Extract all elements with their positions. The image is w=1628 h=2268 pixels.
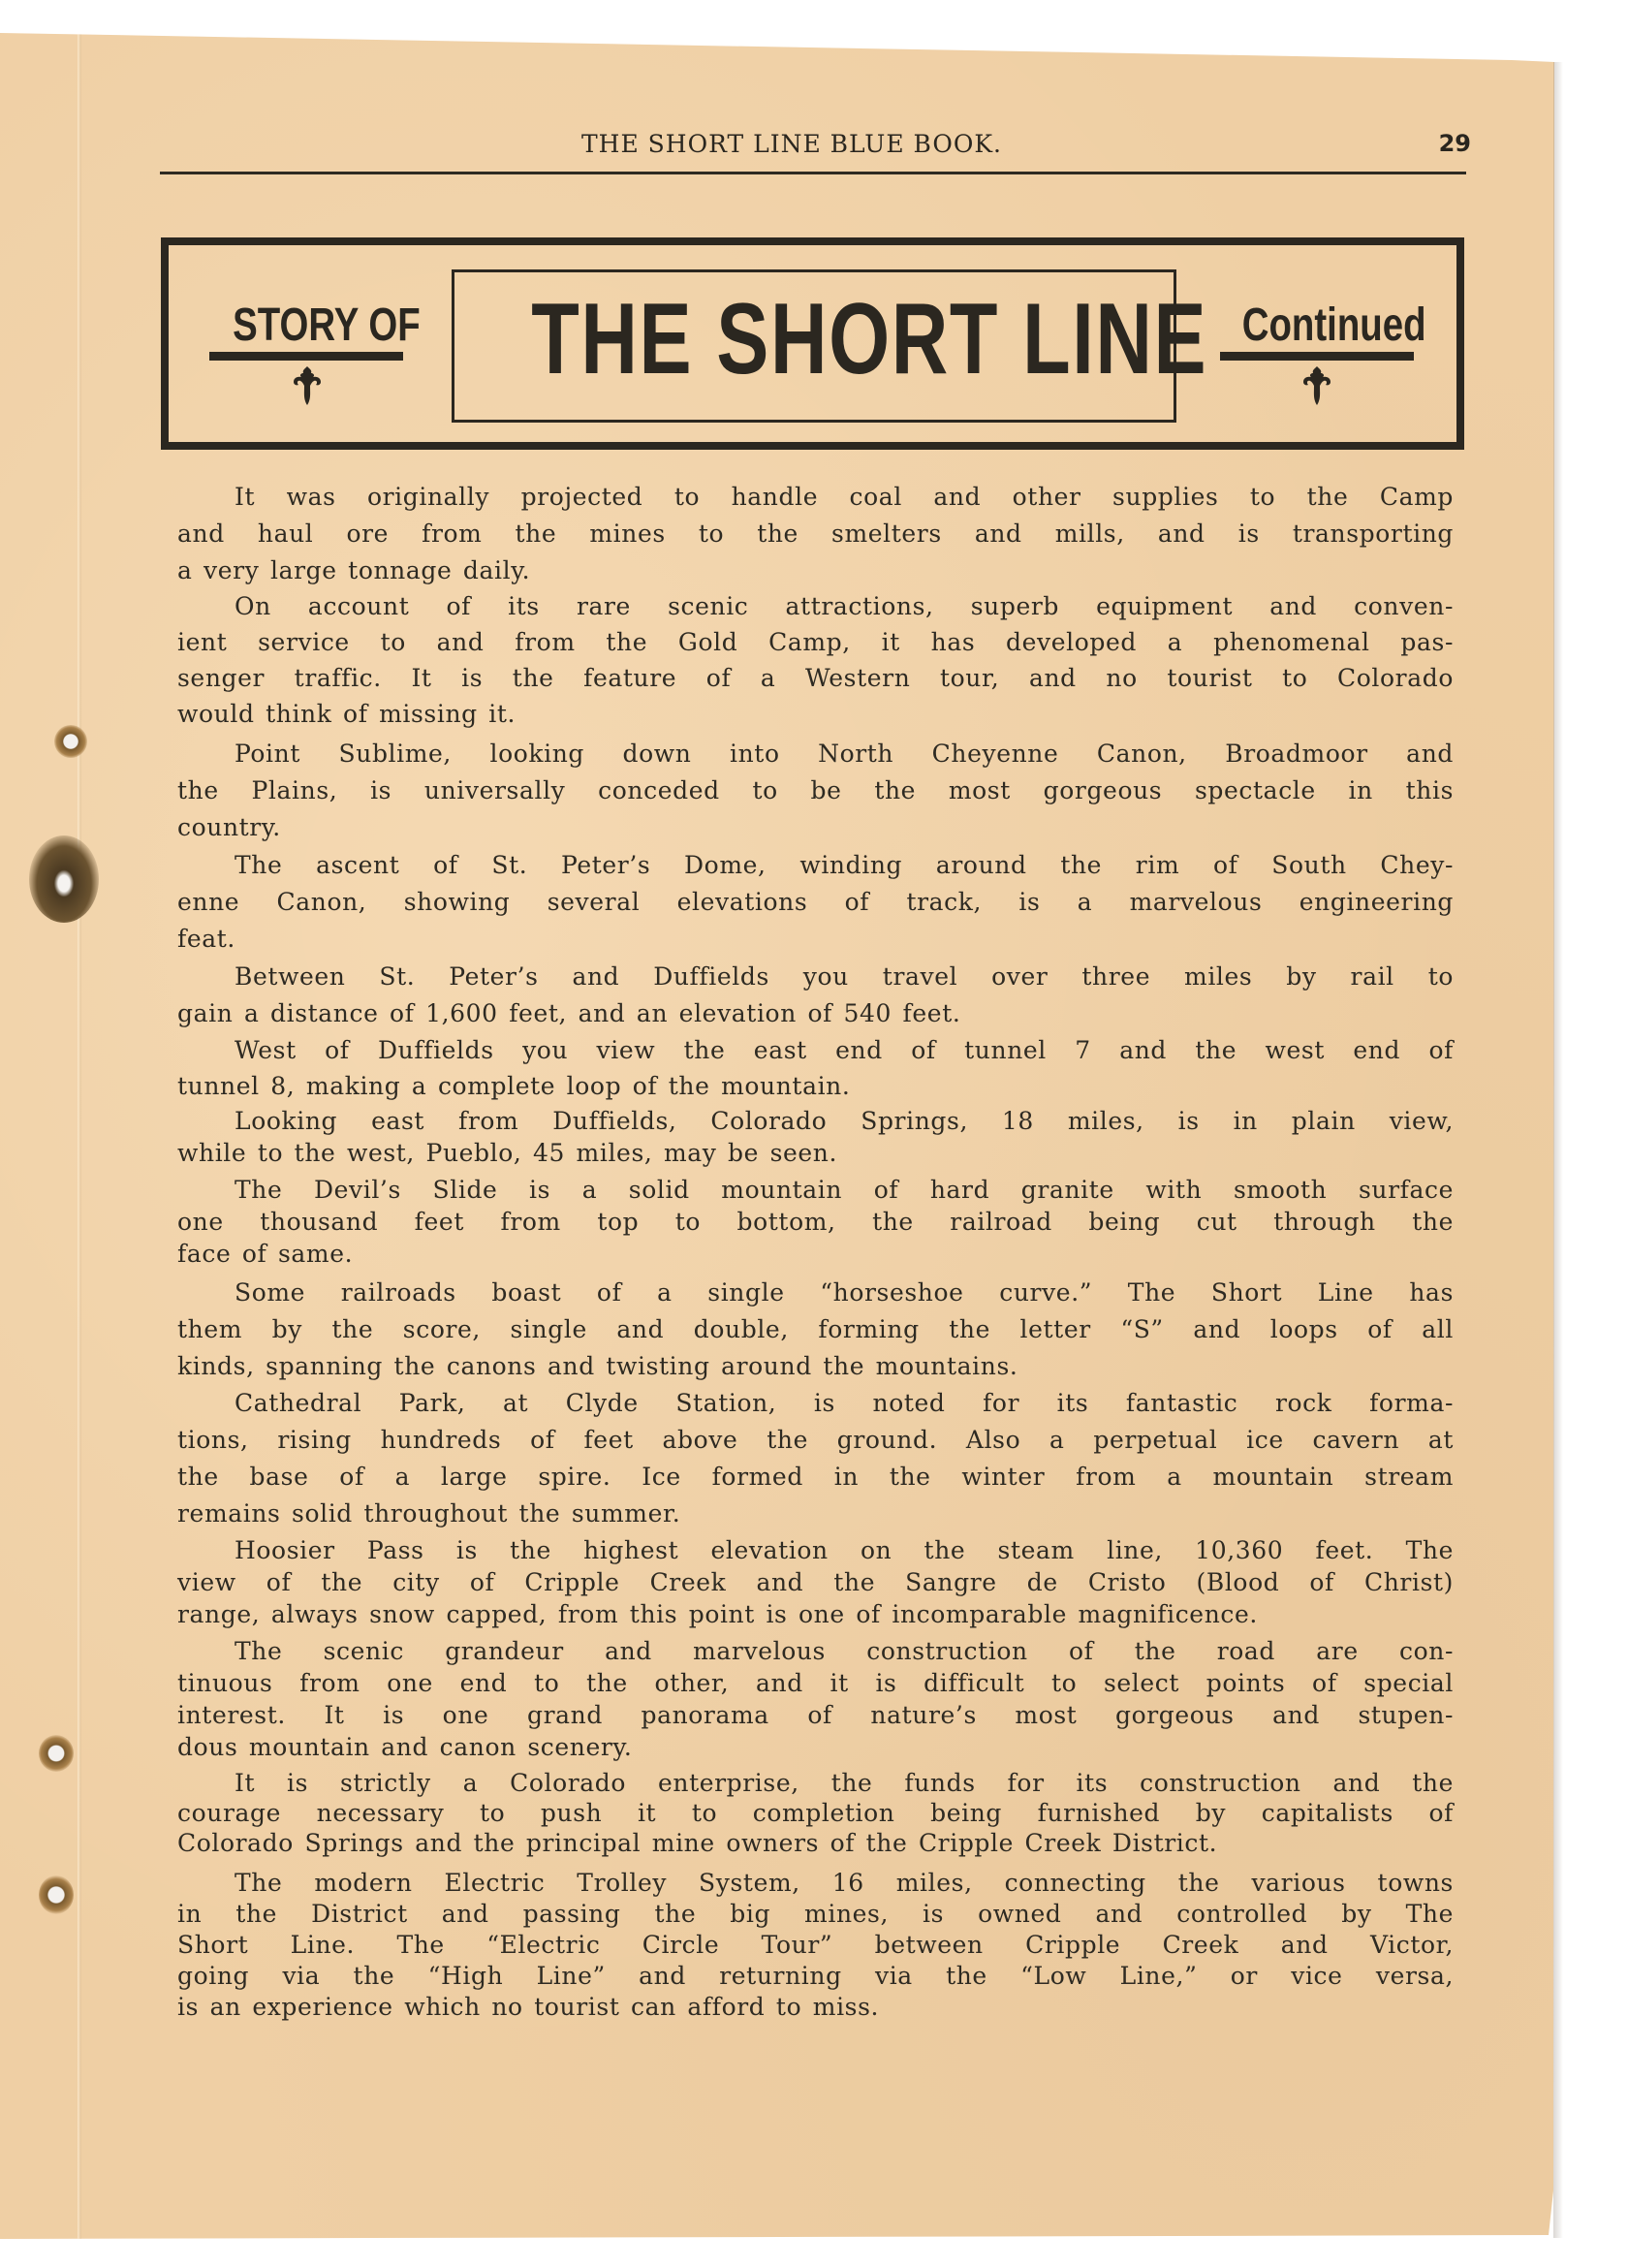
paragraph: Some railroads boast of a single “horses… bbox=[177, 1275, 1454, 1385]
header-rule bbox=[160, 172, 1466, 174]
binding-hole-icon bbox=[39, 1735, 74, 1772]
text-line: courage necessary to push it to completi… bbox=[177, 1798, 1454, 1828]
page-edge-shadow bbox=[1553, 62, 1563, 2238]
binding-hole-icon bbox=[54, 725, 87, 758]
text-line: Cathedral Park, at Clyde Station, is not… bbox=[177, 1385, 1454, 1422]
fleur-de-lis-icon bbox=[1298, 364, 1336, 407]
text-line: senger traffic. It is the feature of a W… bbox=[177, 660, 1454, 696]
paragraph: It is strictly a Colorado enterprise, th… bbox=[177, 1768, 1454, 1858]
text-line: The modern Electric Trolley System, 16 m… bbox=[177, 1868, 1454, 1899]
left-label-rule bbox=[209, 352, 403, 361]
paragraph: The scenic grandeur and marvelous constr… bbox=[177, 1635, 1454, 1763]
page-number: 29 bbox=[1432, 130, 1471, 157]
text-line: tions, rising hundreds of feet above the… bbox=[177, 1422, 1454, 1459]
text-line: Some railroads boast of a single “horses… bbox=[177, 1275, 1454, 1311]
left-label: STORY OF bbox=[209, 302, 403, 349]
paragraph: Cathedral Park, at Clyde Station, is not… bbox=[177, 1385, 1454, 1532]
main-title: THE SHORT LINE bbox=[531, 289, 1096, 390]
text-line: ient service to and from the Gold Camp, … bbox=[177, 624, 1454, 660]
text-line: tunnel 8, making a complete loop of the … bbox=[177, 1068, 1454, 1104]
left-label-text: STORY OF bbox=[233, 302, 420, 349]
text-line: It is strictly a Colorado enterprise, th… bbox=[177, 1768, 1454, 1798]
text-line: The ascent of St. Peter’s Dome, winding … bbox=[177, 847, 1454, 884]
text-line: The scenic grandeur and marvelous constr… bbox=[177, 1635, 1454, 1667]
text-line: country. bbox=[177, 809, 1454, 846]
text-line: kinds, spanning the canons and twisting … bbox=[177, 1348, 1454, 1385]
text-line: Point Sublime, looking down into North C… bbox=[177, 736, 1454, 772]
text-line: enne Canon, showing several elevations o… bbox=[177, 884, 1454, 921]
binding-fold bbox=[78, 29, 81, 2249]
text-line: West of Duffields you view the east end … bbox=[177, 1032, 1454, 1068]
text-line: Between St. Peter’s and Duffields you tr… bbox=[177, 959, 1454, 995]
text-line: view of the city of Cripple Creek and th… bbox=[177, 1566, 1454, 1598]
paragraph: The modern Electric Trolley System, 16 m… bbox=[177, 1868, 1454, 2023]
text-line: gain a distance of 1,600 feet, and an el… bbox=[177, 995, 1454, 1032]
text-line: On account of its rare scenic attraction… bbox=[177, 588, 1454, 624]
paragraph: Between St. Peter’s and Duffields you tr… bbox=[177, 959, 1454, 1032]
running-head-title: THE SHORT LINE BLUE BOOK. bbox=[520, 130, 1063, 158]
text-line: Short Line. The “Electric Circle Tour” b… bbox=[177, 1930, 1454, 1961]
binding-hole-icon bbox=[29, 835, 99, 923]
text-line: the base of a large spire. Ice formed in… bbox=[177, 1459, 1454, 1496]
binding-hole-icon bbox=[39, 1875, 74, 1914]
text-line: one thousand feet from top to bottom, th… bbox=[177, 1206, 1454, 1238]
text-line: Hoosier Pass is the highest elevation on… bbox=[177, 1534, 1454, 1566]
text-line: going via the “High Line” and returning … bbox=[177, 1961, 1454, 1992]
right-label-rule bbox=[1220, 352, 1414, 361]
text-line: interest. It is one grand panorama of na… bbox=[177, 1699, 1454, 1731]
paragraph: Hoosier Pass is the highest elevation on… bbox=[177, 1534, 1454, 1630]
right-label-text: Continued bbox=[1242, 302, 1426, 349]
paragraph: The ascent of St. Peter’s Dome, winding … bbox=[177, 847, 1454, 958]
paragraph: Looking east from Duffields, Colorado Sp… bbox=[177, 1105, 1454, 1169]
text-line: them by the score, single and double, fo… bbox=[177, 1311, 1454, 1348]
paragraph: West of Duffields you view the east end … bbox=[177, 1032, 1454, 1104]
text-line: The Devil’s Slide is a solid mountain of… bbox=[177, 1174, 1454, 1206]
text-line: is an experience which no tourist can af… bbox=[177, 1992, 1454, 2023]
text-line: the Plains, is universally conceded to b… bbox=[177, 772, 1454, 809]
text-line: a very large tonnage daily. bbox=[177, 552, 1454, 589]
paragraph: Point Sublime, looking down into North C… bbox=[177, 736, 1454, 846]
text-line: in the District and passing the big mine… bbox=[177, 1899, 1454, 1930]
text-line: would think of missing it. bbox=[177, 696, 1454, 732]
text-line: dous mountain and canon scenery. bbox=[177, 1731, 1454, 1763]
text-line: Looking east from Duffields, Colorado Sp… bbox=[177, 1105, 1454, 1137]
text-line: Colorado Springs and the principal mine … bbox=[177, 1828, 1454, 1858]
right-label: Continued bbox=[1219, 302, 1413, 349]
text-line: and haul ore from the mines to the smelt… bbox=[177, 516, 1454, 552]
paragraph: On account of its rare scenic attraction… bbox=[177, 588, 1454, 732]
fleur-de-lis-icon bbox=[288, 364, 327, 407]
text-line: range, always snow capped, from this poi… bbox=[177, 1598, 1454, 1630]
text-line: It was originally projected to handle co… bbox=[177, 479, 1454, 516]
paragraph: The Devil’s Slide is a solid mountain of… bbox=[177, 1174, 1454, 1270]
text-line: tinuous from one end to the other, and i… bbox=[177, 1667, 1454, 1699]
text-line: while to the west, Pueblo, 45 miles, may… bbox=[177, 1137, 1454, 1169]
text-line: feat. bbox=[177, 921, 1454, 958]
text-line: remains solid throughout the summer. bbox=[177, 1496, 1454, 1532]
paragraph: It was originally projected to handle co… bbox=[177, 479, 1454, 589]
text-line: face of same. bbox=[177, 1238, 1454, 1270]
